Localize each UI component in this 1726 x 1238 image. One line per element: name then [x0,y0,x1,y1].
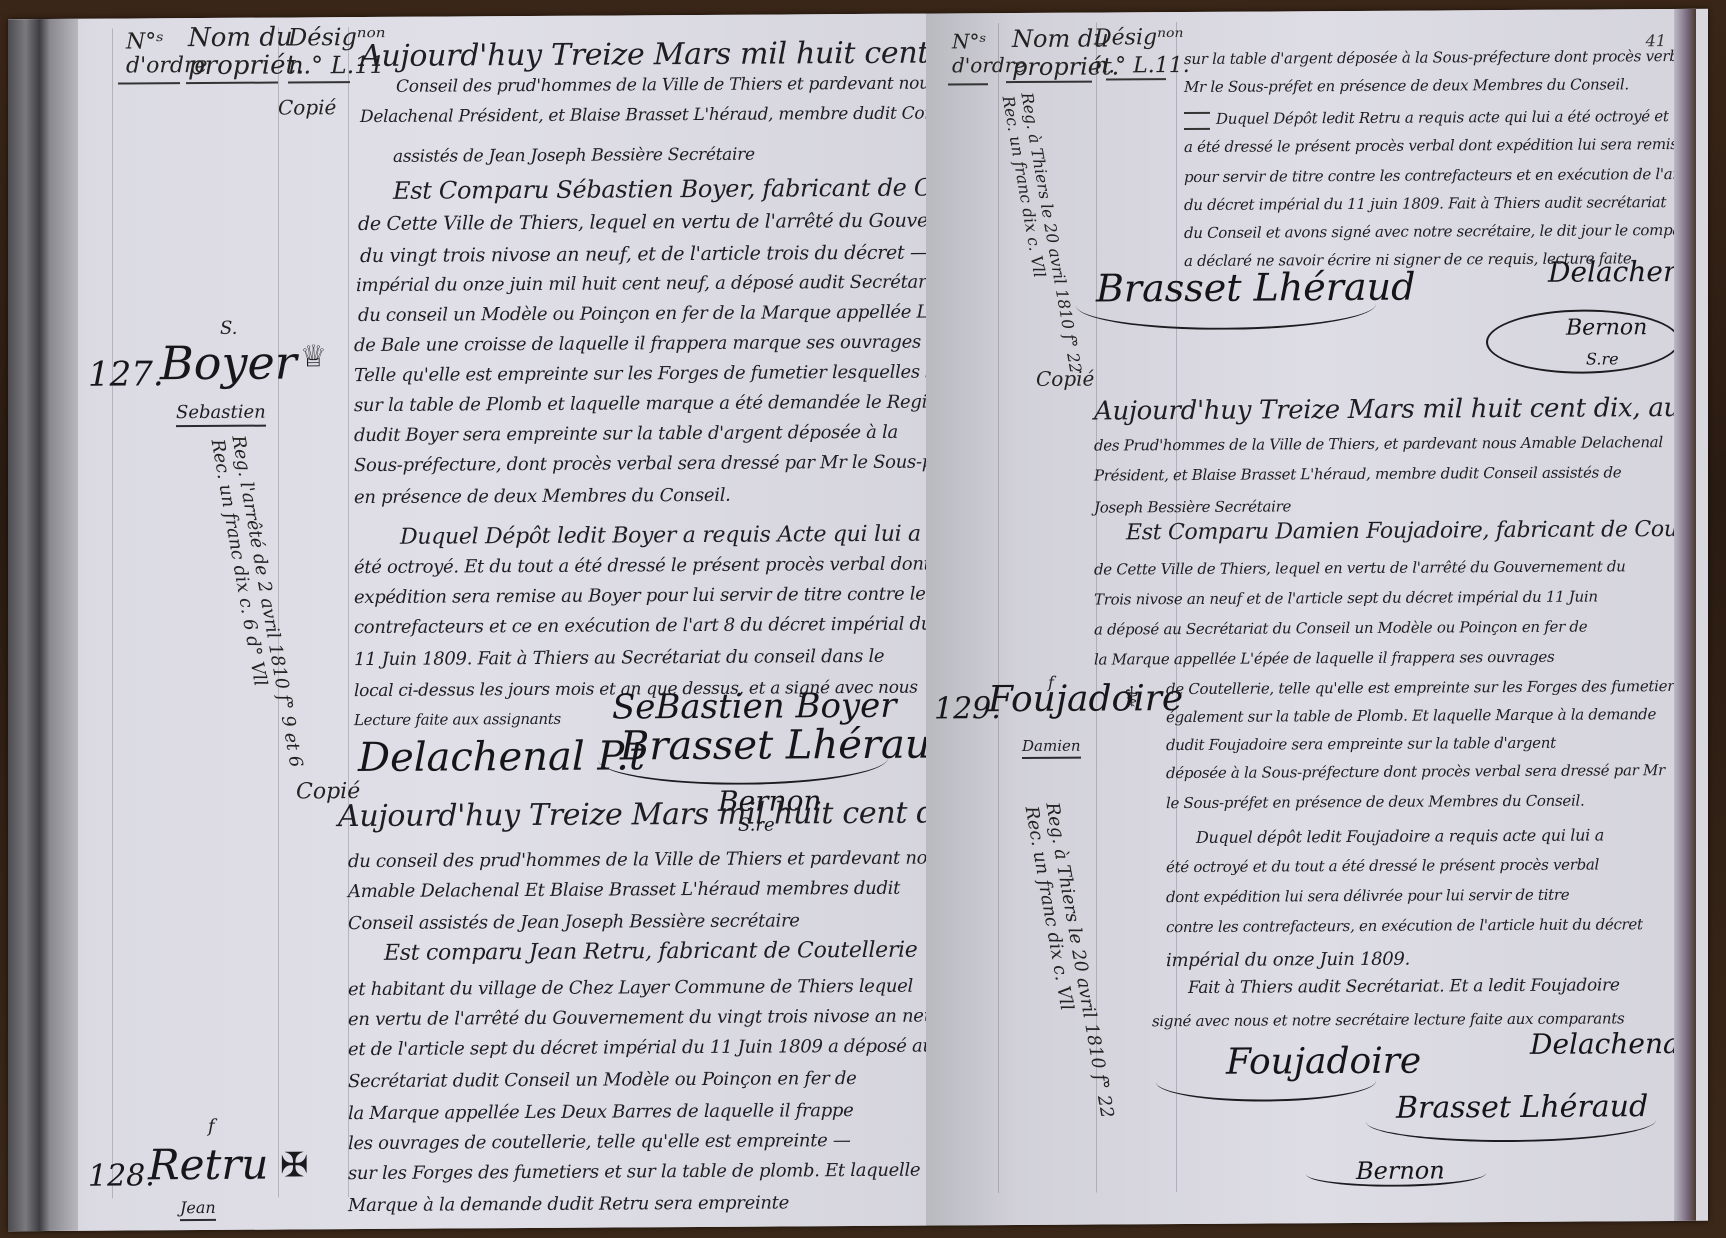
text-line: et de l'article sept du décret impérial … [348,1036,926,1061]
header-rule [288,81,350,83]
signature-flourish [1486,309,1680,374]
text-line: en présence de deux Membres du Conseil. [354,485,731,508]
crown-mark-icon: ♕ [300,339,327,374]
text-line: Duquel dépôt ledit Foujadoire a requis a… [1196,825,1604,846]
right-page: N°ˢ d'ordre Nom du propriét. Désigⁿᵒⁿ n.… [926,9,1696,1226]
entry-title-mark: f [208,1116,215,1137]
signature-flourish [1156,1061,1376,1102]
registration-margin-note: Reg. à Thiers le 20 avril 1810 f° 22 Rec… [999,91,1086,378]
entry-surname: Foujadoire [988,678,1183,720]
header-rule [1106,78,1166,80]
text-line: contrefacteurs et ce en exécution de l'a… [354,614,926,639]
registration-margin-note: Reg. à Thiers le 20 avril 1810 f° 22 Rec… [1021,801,1118,1124]
text-line: assistés de Jean Joseph Bessière Secréta… [393,145,755,167]
signature: S.re [1586,349,1619,368]
text-line: les ouvrages de coutellerie, telle qu'el… [348,1130,851,1154]
text-line: Aujourd'huy Treize Mars mil huit cent di… [1094,392,1696,427]
text-line: de Cette Ville de Thiers, lequel en vert… [1094,557,1626,578]
signature-flourish [598,732,888,786]
text-line: Sous-préfecture, dont procès verbal sera… [354,451,926,476]
text-line: sur la table d'argent déposée à la Sous-… [1184,46,1696,68]
text-line: et habitant du village de Chez Layer Com… [348,976,913,1000]
registration-margin-note: Reg. l'arrêté de 2 avril 1810 f° 9 et 6 … [207,434,307,773]
text-line: Amable Delachenal Et Blaise Brasset L'hé… [348,878,900,902]
text-line: également sur la table de Plomb. Et laqu… [1166,705,1656,726]
column-rule [998,23,999,1193]
text-line: Telle qu'elle est empreinte sur les Forg… [354,361,926,386]
entry-surname: Boyer [160,335,297,390]
text-line: du conseil des prud'hommes de la Ville d… [348,847,926,872]
copie-label: Copié [278,95,336,119]
text-line: sur la table de Plomb et laquelle marque… [354,391,926,416]
text-line: Lecture faite aux assignants [354,710,561,729]
column-rule [112,29,113,1199]
entry-title-mark: S. [220,318,237,339]
open-register-book: N°ˢ d'ordre Nom du propriét. Désigⁿᵒⁿ n.… [8,9,1708,1231]
entry-number: 128. [88,1158,155,1193]
text-line: Joseph Bessière Secrétaire [1094,497,1291,516]
entry-first-name: Sebastien [176,402,266,428]
signature-flourish [1076,279,1376,331]
text-line: impérial du onze juin mil huit cent neuf… [356,271,926,296]
entry-number: 127. [88,354,164,394]
text-line: expédition sera remise au Boyer pour lui… [354,584,926,609]
text-line: Trois nivose an neuf et de l'article sep… [1094,587,1598,608]
text-line: de Bale une croisse de laquelle il frapp… [354,331,926,356]
header-rule [1006,81,1092,84]
text-line: la Marque appellée Les Deux Barres de la… [348,1100,854,1124]
header-line: propriét. [188,51,304,80]
text-line: Conseil assistés de Jean Joseph Bessière… [348,910,800,934]
text-line: Duquel Dépôt ledit Retru a requis acte q… [1216,107,1669,128]
entry-first-name: Damien [1022,737,1081,759]
text-line: Président, et Blaise Brasset L'héraud, m… [1094,463,1621,484]
text-line: dont expédition lui sera délivrée pour l… [1166,886,1569,906]
ditto-marks [1184,112,1210,130]
text-line: Conseil des prud'hommes de la Ville de T… [396,73,926,97]
header-line: Nom du [188,23,304,52]
text-line: la Marque appellée L'épée de laquelle il… [1094,648,1554,669]
text-line: dudit Boyer sera empreinte sur la table … [354,422,898,446]
text-line: déposée à la Sous-préfecture dont procès… [1166,761,1665,782]
signature-flourish [1366,1099,1656,1143]
text-line: du vingt trois nivose an neuf, et de l'a… [360,242,926,267]
header-owner-name: Nom du propriét. [188,23,304,80]
text-line: été octroyé et du tout a été dressé le p… [1166,855,1599,876]
header-rule [118,82,180,84]
text-line: Est comparu Jean Retru, fabricant de Cou… [384,938,918,966]
copie-label: Copié [1036,367,1094,391]
text-line: Delachenal Président, et Blaise Brasset … [360,103,926,127]
text-line: du Conseil et avons signé avec notre sec… [1184,221,1696,242]
signature-flourish [1306,1160,1486,1187]
text-line: des Prud'hommes de la Ville de Thiers, e… [1094,433,1663,454]
text-line: dudit Foujadoire sera empreinte sur la t… [1166,734,1556,754]
header-rule [186,82,278,85]
text-line: été octroyé. Et du tout a été dressé le … [354,554,926,579]
text-line: impérial du onze Juin 1809. [1166,949,1410,971]
cross-mark-icon: ✠ [280,1145,309,1185]
text-line: 11 Juin 1809. Fait à Thiers au Secrétari… [354,646,884,670]
signature: Delachenal [1530,1027,1689,1061]
text-line: du décret impérial du 11 juin 1809. Fait… [1184,193,1666,214]
text-line: a été dressé le présent procès verbal do… [1184,135,1686,156]
text-line: a déposé au Secrétariat du Conseil un Mo… [1094,618,1587,639]
text-line: Mr le Sous-préfet en présence de deux Me… [1184,75,1629,96]
sword-mark-icon: ⚕ [1124,680,1139,713]
text-line: pour servir de titre contre les contrefa… [1184,165,1696,186]
text-line: en vertu de l'arrêté du Gouvernement du … [348,1005,926,1030]
text-line: Secrétariat dudit Conseil un Modèle ou P… [348,1068,856,1092]
entry-first-name: Jean [180,1198,216,1221]
page-edge-shadow [1674,9,1696,1221]
text-line: de Cette Ville de Thiers, lequel en vert… [358,209,926,235]
entry-surname: Retru [148,1140,268,1190]
text-line: Aujourd'huy Treize Mars mil huit cent di… [338,794,926,834]
text-line: Aujourd'huy Treize Mars mil huit cent di… [360,34,926,75]
text-line: de Coutellerie, telle qu'elle est emprei… [1166,677,1681,698]
text-line: contre les contrefacteurs, en exécution … [1166,915,1643,936]
text-line: Duquel Dépôt ledit Boyer a requis Acte q… [400,522,921,550]
header-rule [948,83,988,85]
text-line: sur les Forges des fumetiers et sur la t… [348,1160,920,1184]
text-line: Est Comparu Damien Foujadoire, fabricant… [1126,516,1696,545]
page-stack-edge [8,19,78,1231]
text-line: Marque à la demande dudit Retru sera emp… [348,1192,789,1216]
entry-title-mark: f [1048,673,1054,692]
text-line: du conseil un Modèle ou Poinçon en fer d… [358,301,926,326]
left-page: N°ˢ d'ordre Nom du propriét. Désigⁿᵒⁿ n.… [8,14,926,1232]
text-line: Fait à Thiers audit Secrétariat. Et a le… [1188,975,1620,998]
text-line: Est Comparu Sébastien Boyer, fabricant d… [393,172,926,205]
text-line: le Sous-préfet en présence de deux Membr… [1166,792,1584,813]
